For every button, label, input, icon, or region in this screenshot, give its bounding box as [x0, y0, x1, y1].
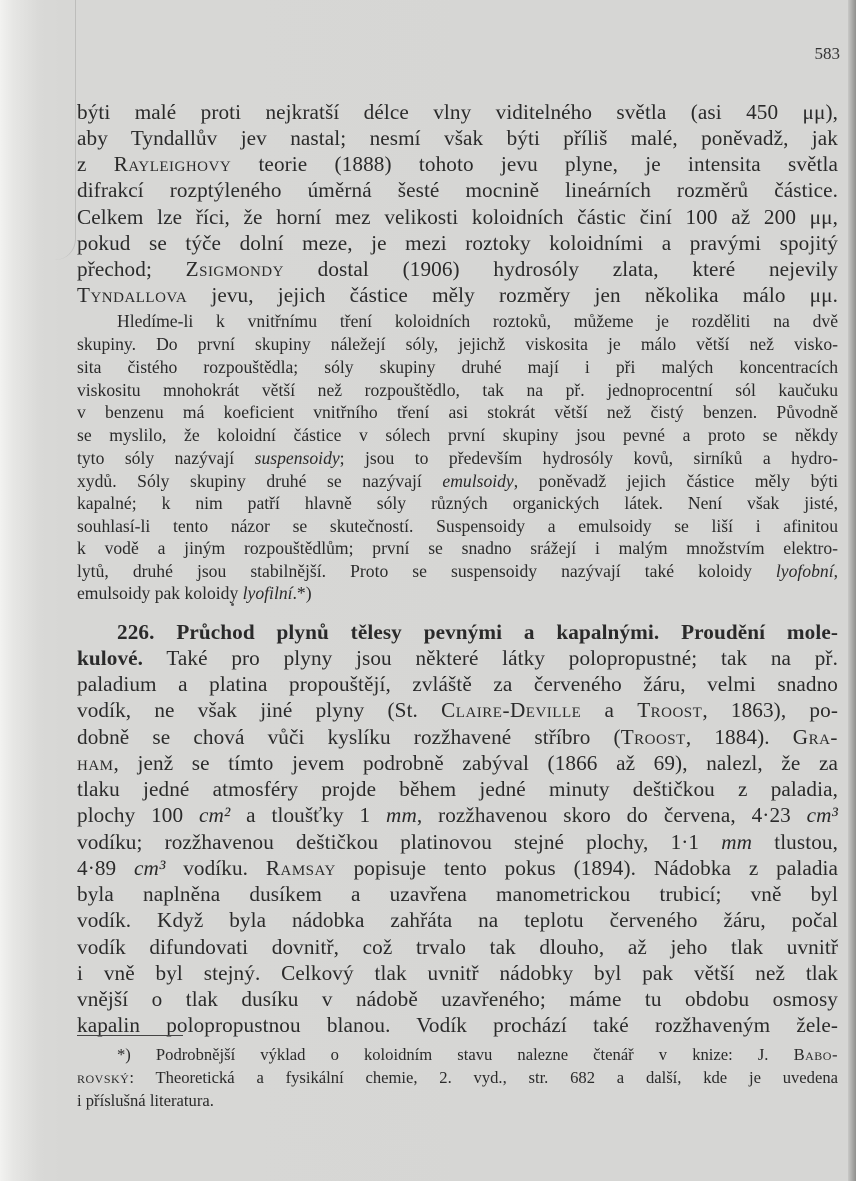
- text-line: kapalné; k nim patří hlavně sóly různých…: [77, 492, 838, 515]
- text-line: Celkem lze říci, že horní mez velikosti …: [77, 204, 838, 230]
- section-title-cont: kulové.: [77, 646, 143, 670]
- term: lyofilní: [243, 583, 293, 603]
- section-number: 226.: [117, 620, 154, 644]
- text-line: aby Tyndallův jev nastal; nesmí však být…: [77, 125, 838, 151]
- text-line: Hledíme-li k vnitřnímu tření koloidních …: [77, 310, 838, 333]
- text-line: tyto sóly nazývají suspensoidy; jsou to …: [77, 447, 838, 470]
- text-line: Tyndallova jevu, jejich částice měly roz…: [77, 282, 838, 308]
- text-line: kapalin polopropustnou blanou. Vodík pro…: [77, 1012, 838, 1038]
- term: emulsoidy: [442, 471, 513, 491]
- author-name: Zsigmondy: [186, 257, 284, 281]
- text-line: difrakcí rozptýleného úměrná šesté mocni…: [77, 177, 838, 203]
- text-line: z Rayleighovy teorie (1888) tohoto jevu …: [77, 151, 838, 177]
- text-line: vodíku; rozžhavenou deštičkou platinovou…: [77, 829, 838, 855]
- paper-crease: [55, 0, 76, 260]
- text-line: paladium a platina propouštějí, zvláště …: [77, 671, 838, 697]
- footnote-line: rovský: Theoretická a fysikální chemie, …: [77, 1066, 838, 1089]
- text-line: vodík. Když byla nádobka zahřáta na tepl…: [77, 907, 838, 933]
- author-name: Tyndallova: [77, 283, 187, 307]
- text-line: byla naplněna dusíkem a uzavřena manomet…: [77, 881, 838, 907]
- term: suspensoidy: [255, 448, 340, 468]
- text-line: souhlasí-li tento názor se skutečností. …: [77, 515, 838, 538]
- text-line: vodík difundovati dovnitř, což trvalo ta…: [77, 934, 838, 960]
- footnote-line: *) Podrobnější výklad o koloidním stavu …: [77, 1043, 838, 1066]
- page-edge-shadow: [848, 0, 856, 1181]
- footnote-rule: [77, 1035, 183, 1036]
- text-line: kulové. Také pro plyny jsou některé látk…: [77, 645, 838, 671]
- author-name: Rayleighovy: [114, 152, 231, 176]
- text-line: tlaku jedné atmosféry projde během jedné…: [77, 776, 838, 802]
- text-line: skupiny. Do první skupiny náležejí sóly,…: [77, 333, 838, 356]
- book-page: 583 býti malé proti nejkratší délce vlny…: [0, 0, 856, 1181]
- section-heading: 226. Průchod plynů tělesy pevnými a kapa…: [77, 619, 838, 645]
- text-line: se myslilo, že koloidní částice v sólech…: [77, 424, 838, 447]
- text-line: dobně se chová vůči kyslíku rozžhavené s…: [77, 724, 838, 750]
- text-line: sita čistého rozpouštědla; sóly skupiny …: [77, 356, 838, 379]
- section-title: Průchod plynů tělesy pevnými a kapalnými…: [176, 620, 838, 644]
- footnote-line: i příslušná literatura.: [77, 1089, 838, 1112]
- text-line: 4·89 cm³ vodíku. Ramsay popisuje tento p…: [77, 855, 838, 881]
- text-line: k vodě a jiným rozpouštědlům; první se s…: [77, 537, 838, 560]
- text-line: plochy 100 cm² a tloušťky 1 mm, rozžhave…: [77, 802, 838, 828]
- text-line: viskositu mnohokrát větší než rozpouštěd…: [77, 379, 838, 402]
- text-line: emulsoidy pak koloidy lyofilní.*): [77, 582, 838, 605]
- text-line: vodík, ne však jiné plyny (St. Claire-De…: [77, 697, 838, 723]
- term: lyofobní: [776, 561, 834, 581]
- text-line: xydů. Sóly skupiny druhé se nazývají emu…: [77, 470, 838, 493]
- text-line: lytů, druhé jsou stabilnější. Proto se s…: [77, 560, 838, 583]
- scan-speck: [231, 603, 234, 606]
- text-line: býti malé proti nejkratší délce vlny vid…: [77, 99, 838, 125]
- text-line: pokud se týče dolní meze, je mezi roztok…: [77, 230, 838, 256]
- text-line: v benzenu má koeficient vnitřního tření …: [77, 401, 838, 424]
- text-line: přechod; Zsigmondy dostal (1906) hydrosó…: [77, 256, 838, 282]
- page-number: 583: [800, 44, 840, 64]
- text-line: ham, jenž se tímto jevem podrobně zabýva…: [77, 750, 838, 776]
- text-line: vnější o tlak dusíku v nádobě uzavřeného…: [77, 986, 838, 1012]
- text-line: i vně byl stejný. Celkový tlak uvnitř ná…: [77, 960, 838, 986]
